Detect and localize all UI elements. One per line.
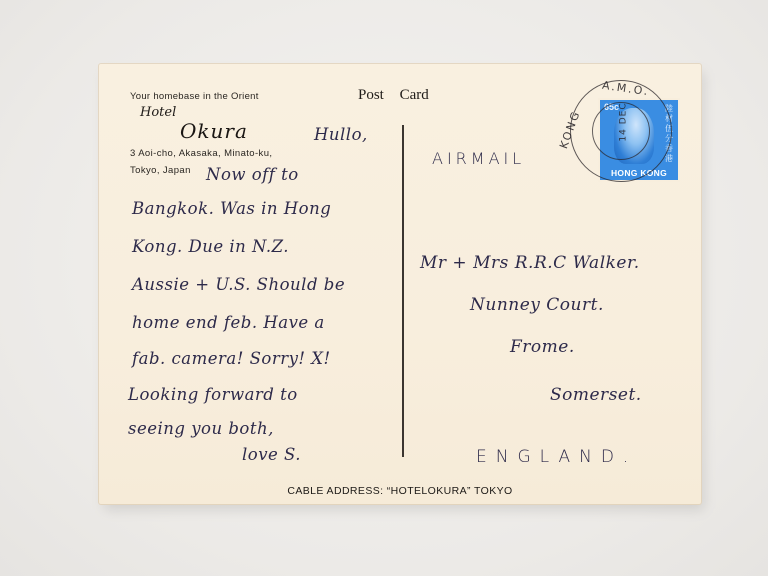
message-line: Looking forward to <box>128 385 298 404</box>
recipient-address-line2: Frome. <box>510 337 575 357</box>
postmark-side-text: KONG <box>557 108 583 150</box>
recipient-country: ENGLAND. <box>476 447 637 467</box>
recipient-name: Mr + Mrs R.R.C Walker. <box>420 253 640 273</box>
postcard: Your homebase in the Orient Hotel Okura … <box>98 63 702 505</box>
center-divider <box>402 125 404 457</box>
recipient-address-line3: Somerset. <box>550 385 642 405</box>
hotel-tagline: Your homebase in the Orient <box>130 91 259 102</box>
cable-address: CABLE ADDRESS: “HOTELOKURA” TOKYO <box>98 485 702 497</box>
message-signature: love S. <box>242 445 301 464</box>
message-line: Now off to <box>206 165 299 184</box>
stamp-chinese-text: 陸材伍分 香港 <box>665 104 675 164</box>
postmark-top-text: A.M.O. <box>601 79 650 98</box>
message-line: Kong. Due in N.Z. <box>132 237 289 256</box>
message-line: fab. camera! Sorry! X! <box>132 349 331 368</box>
hotel-address-line1: 3 Aoi-cho, Akasaka, Minato-ku, <box>130 148 272 159</box>
message-line: Bangkok. Was in Hong <box>132 199 331 218</box>
message-line: Aussie + U.S. Should be <box>132 275 345 294</box>
hotel-logo-okura: Okura <box>180 119 248 143</box>
recipient-address-line1: Nunney Court. <box>470 295 604 315</box>
message-line: home end feb. Have a <box>132 313 325 332</box>
hotel-address-line2: Tokyo, Japan <box>130 165 191 176</box>
postmark-date: 14 DEC <box>619 102 629 141</box>
stamp-country: HONG KONG <box>600 168 678 178</box>
message-line: seeing you both, <box>128 419 274 438</box>
postage-stamp: 65c 陸材伍分 香港 HONG KONG <box>600 100 678 180</box>
message-line: Hullo, <box>314 125 368 144</box>
hotel-logo-hotel: Hotel <box>140 105 176 120</box>
airmail-label: AIRMAIL <box>432 149 525 168</box>
postcard-title: Post Card <box>358 87 429 104</box>
stamp-value: 65c <box>604 102 619 112</box>
